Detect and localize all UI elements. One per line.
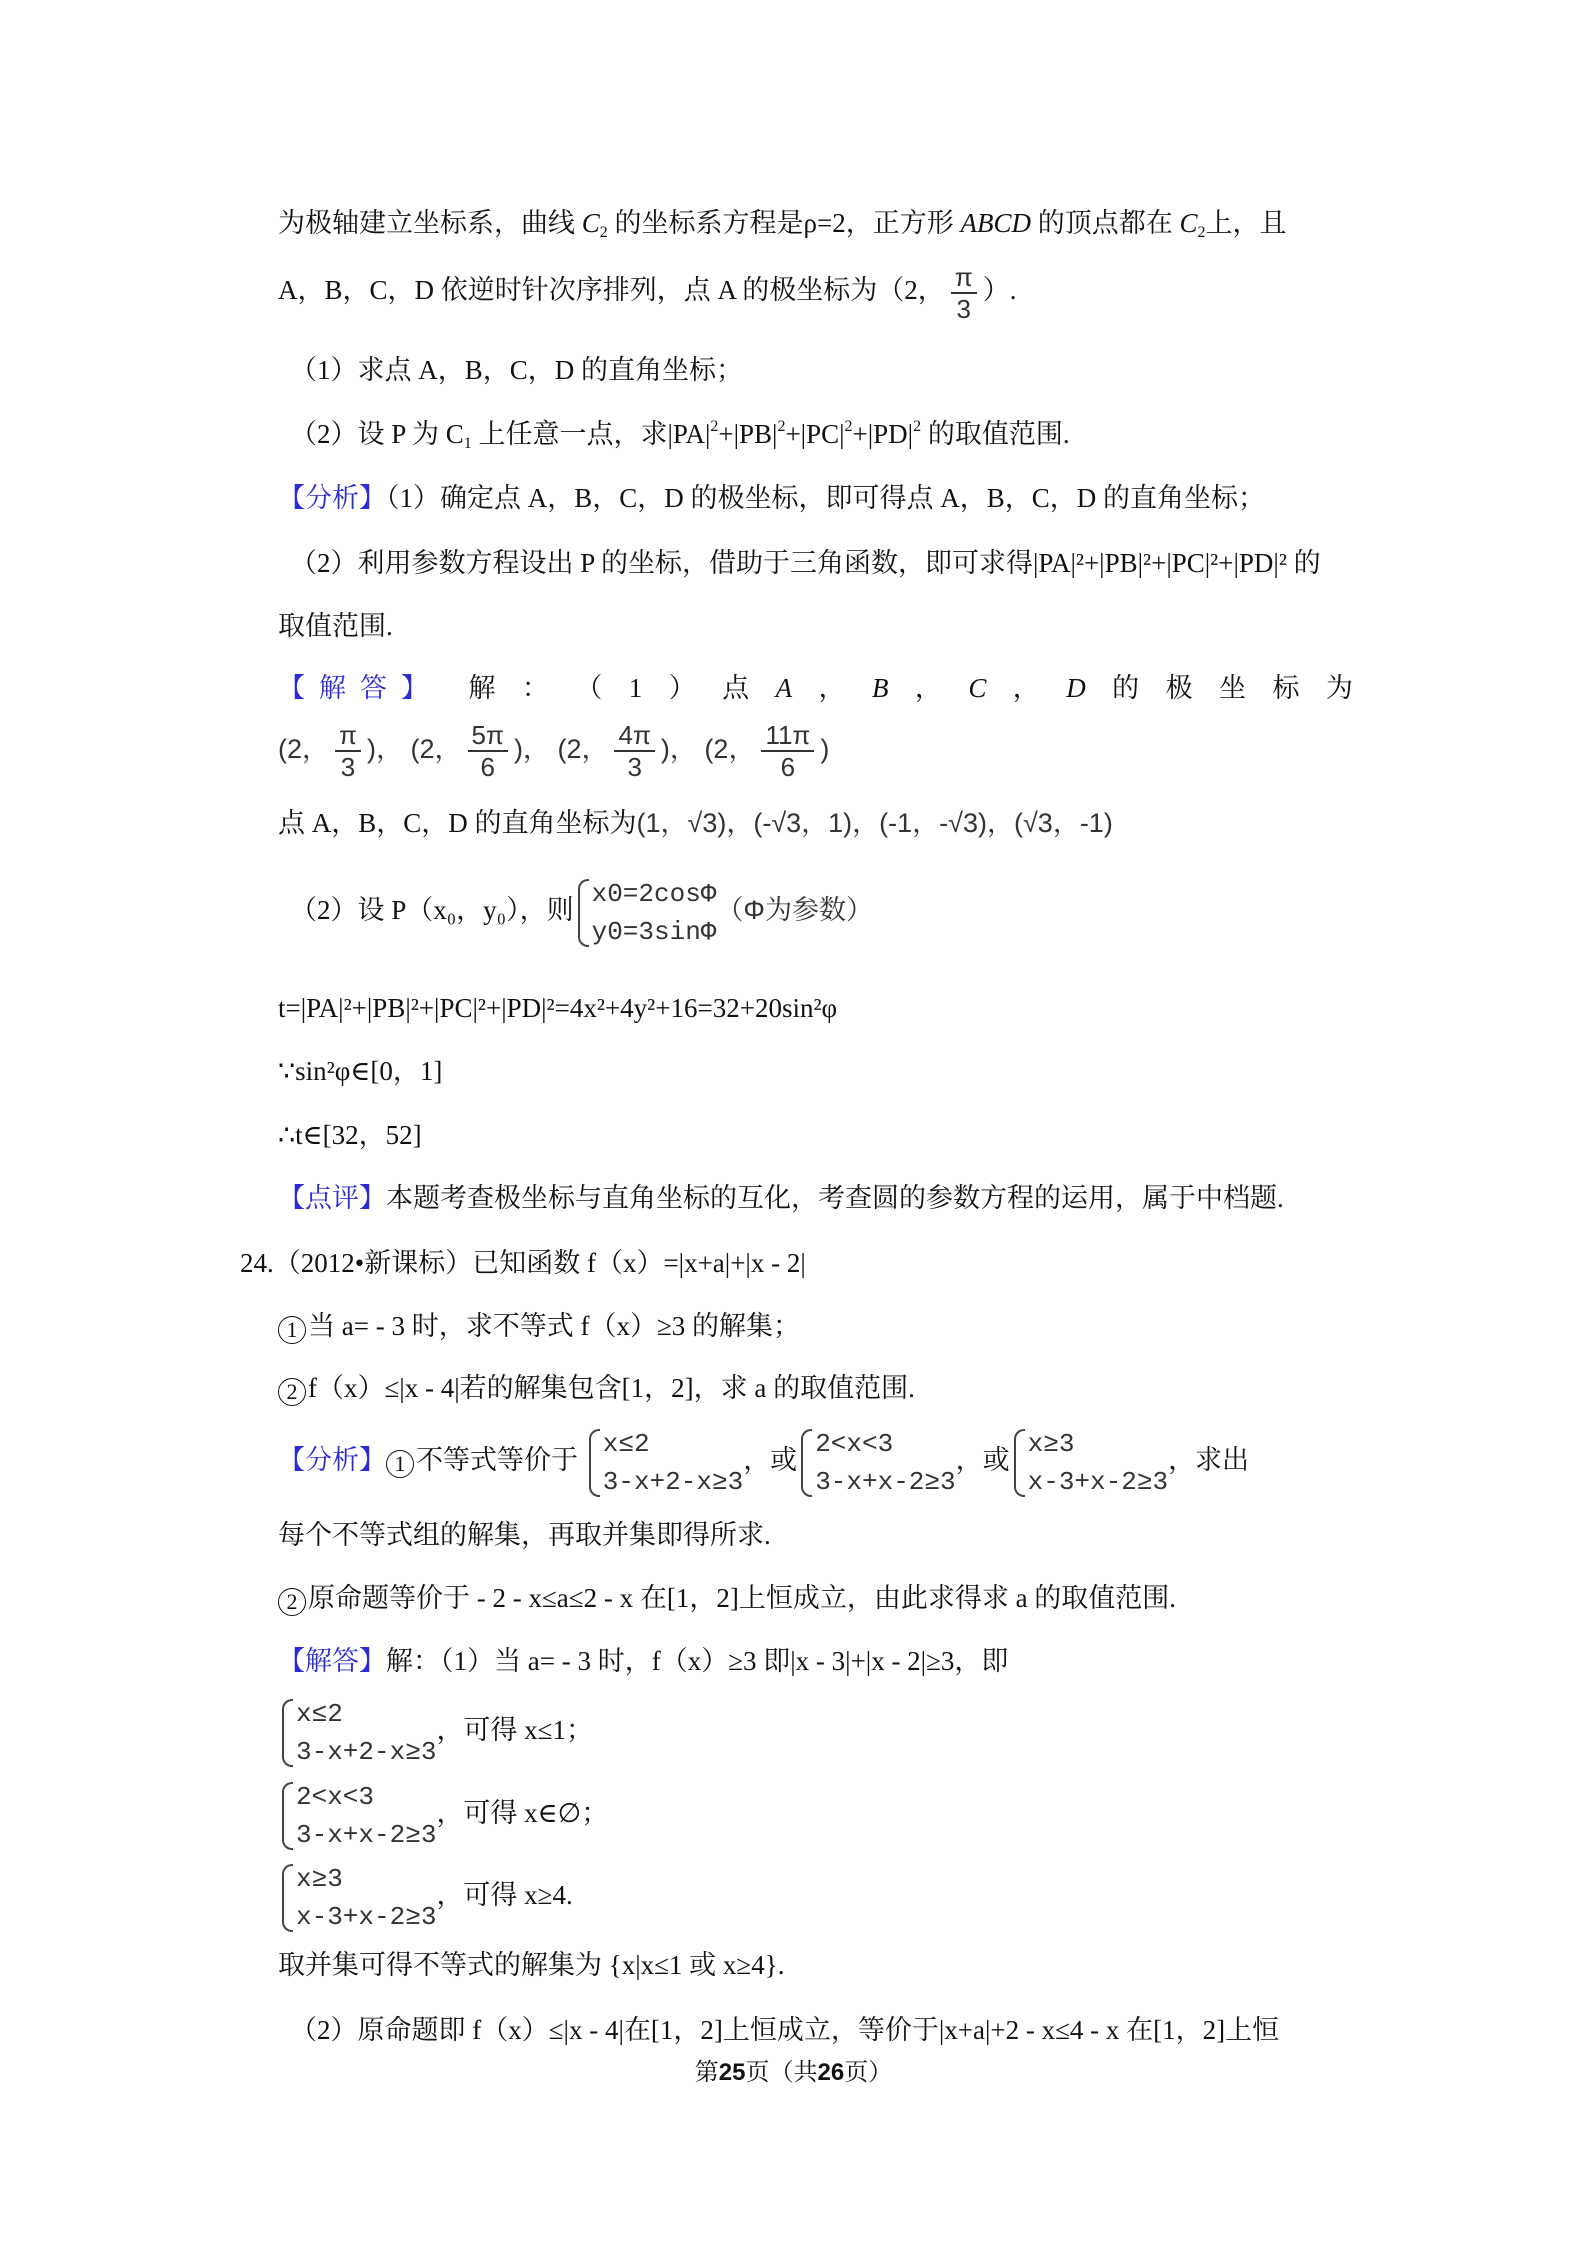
- inequality: x≥3: [1028, 1425, 1168, 1463]
- p24-solution-line-1: 【解答】解：（1）当 a= - 3 时，f（x）≥3 即|x - 3|+|x -…: [278, 1643, 1008, 1679]
- text: 为极轴建立坐标系，曲线: [278, 208, 582, 238]
- token: ，: [915, 670, 942, 706]
- solution-tag: 【解答】: [278, 670, 442, 706]
- text: 页）: [844, 2059, 892, 2086]
- denominator: 3: [614, 752, 654, 782]
- case-3: x≥3x-3+x-2≥3，可得 x≥4.: [278, 1855, 573, 1936]
- token: B: [872, 670, 889, 706]
- problem-24-q1: 1当 a= - 3 时，求不等式 f（x）≥3 的解集；: [278, 1308, 800, 1344]
- text: 不等式等价于: [416, 1445, 578, 1475]
- page-number: 25: [719, 2059, 746, 2086]
- numerator: 4π: [614, 720, 654, 752]
- text: A，B，C，D 依逆时针次序排列，点 A 的极坐标为（2，: [278, 275, 945, 305]
- text: 的取值范围.: [921, 419, 1070, 449]
- polar-coords: (2，π3)， (2，5π6)， (2，4π3)， (2，11π6): [278, 718, 829, 782]
- solution-tag: 【解答】: [278, 1646, 386, 1676]
- numerator: 5π: [468, 720, 508, 752]
- token: C: [968, 670, 986, 706]
- inequality-system: x≥3x-3+x-2≥3: [278, 1860, 436, 1936]
- inequality-system: x≥3x-3+x-2≥3: [1010, 1425, 1168, 1501]
- comment-line: 【点评】本题考查极坐标与直角坐标的互化，考查圆的参数方程的运用，属于中档题.: [278, 1180, 1284, 1216]
- fraction: π3: [335, 720, 361, 782]
- r: 2: [287, 734, 302, 764]
- analysis-line-3: 取值范围.: [278, 608, 393, 644]
- therefore-line: ∴t∈[32，52]: [278, 1117, 422, 1153]
- sup: 2: [913, 418, 921, 435]
- inequality-system: 2<x<33-x+x-2≥3: [797, 1425, 955, 1501]
- token: 坐: [1219, 670, 1246, 706]
- polar-coord-d: (2，11π6): [704, 734, 829, 764]
- r: 2: [713, 734, 728, 764]
- problem-24-header: 24.（2012•新课标）已知函数 f（x）=|x+a|+|x - 2|: [240, 1245, 806, 1281]
- text: +|PD|: [853, 419, 914, 449]
- fraction: 4π3: [614, 720, 654, 782]
- text: （1）确定点 A，B，C，D 的极坐标，即可得点 A，B，C，D 的直角坐标；: [386, 483, 1265, 513]
- text: 原命题等价于 - 2 - x≤a≤2 - x 在[1，2]上恒成立，由此求得求 …: [308, 1583, 1176, 1613]
- inequality: x≤2: [296, 1695, 436, 1733]
- inequality: 3-x+x-2≥3: [296, 1816, 436, 1854]
- text: 第: [695, 2059, 719, 2086]
- page-footer: 第25页（共26页）: [0, 2052, 1587, 2087]
- analysis-tag: 【分析】: [278, 483, 386, 513]
- token: ）: [669, 670, 696, 706]
- sup: 2: [845, 418, 853, 435]
- text: （2）设 P 为 C: [290, 419, 464, 449]
- inequality: 3-x+x-2≥3: [815, 1463, 955, 1501]
- intro-line-1: 为极轴建立坐标系，曲线 C2 的坐标系方程是ρ=2，正方形 ABCD 的顶点都在…: [278, 205, 1286, 241]
- case-2: 2<x<33-x+x-2≥3，可得 x∈∅；: [278, 1773, 608, 1854]
- token: 标: [1272, 670, 1299, 706]
- circled-1-icon: 1: [278, 1316, 306, 1344]
- numerator: π: [335, 720, 361, 752]
- text: ）.: [983, 275, 1017, 305]
- numerator: 11π: [761, 720, 814, 752]
- denominator: 6: [761, 752, 814, 782]
- token: 的: [1112, 670, 1139, 706]
- text: 上任意一点，求|PA|: [472, 419, 711, 449]
- circled-1-icon: 1: [386, 1450, 414, 1478]
- case-1: x≤23-x+2-x≥3，可得 x≤1；: [278, 1690, 593, 1771]
- text: 点 A，B，C，D 的直角坐标为: [278, 808, 637, 838]
- param-system: x0=2cosΦy0=3sinΦ: [574, 875, 717, 951]
- problem-24-q2: 2f（x）≤|x - 4|若的解集包含[1，2]，求 a 的取值范围.: [278, 1370, 915, 1406]
- analysis-line-1: 【分析】（1）确定点 A，B，C，D 的极坐标，即可得点 A，B，C，D 的直角…: [278, 480, 1265, 516]
- polar-coord-c: (2，4π3)，: [557, 734, 696, 764]
- p24-analysis-line-3: 2原命题等价于 - 2 - x≤a≤2 - x 在[1，2]上恒成立，由此求得求…: [278, 1580, 1176, 1616]
- token: （: [575, 670, 602, 706]
- inequality-system: x≤23-x+2-x≥3: [585, 1425, 743, 1501]
- inequality: 3-x+2-x≥3: [603, 1463, 743, 1501]
- rect-coords: (1，√3)，(-√3，1)，(-1，-√3)，(√3，-1): [637, 808, 1113, 838]
- inequality: 2<x<3: [296, 1778, 436, 1816]
- sub: 1: [464, 435, 472, 452]
- equation: x0=2cosΦ: [592, 875, 717, 913]
- t-equation: t=|PA|²+|PB|²+|PC|²+|PD|²=4x²+4y²+16=32+…: [278, 990, 837, 1026]
- rect-coords-line: 点 A，B，C，D 的直角坐标为(1，√3)，(-√3，1)，(-1，-√3)，…: [278, 805, 1113, 841]
- text: 上，且: [1205, 208, 1286, 238]
- text: 的顶点都在: [1031, 208, 1180, 238]
- p24-analysis-line-2: 每个不等式组的解集，再取并集即得所求.: [278, 1517, 771, 1553]
- text: ，或: [743, 1445, 797, 1475]
- polar-coord-a: (2，π3)，: [278, 734, 403, 764]
- total-pages: 26: [818, 2059, 845, 2086]
- var-c: C: [582, 208, 600, 238]
- circled-2-icon: 2: [278, 1378, 306, 1406]
- text: 的坐标系方程是ρ=2，正方形: [608, 208, 961, 238]
- text: ，求出: [1168, 1445, 1249, 1475]
- inequality: 2<x<3: [815, 1425, 955, 1463]
- token: 点: [722, 670, 749, 706]
- token: 1: [629, 670, 643, 706]
- question-2: （2）设 P 为 C1 上任意一点，求|PA|2+|PB|2+|PC|2+|PD…: [290, 416, 1070, 452]
- token: A: [776, 670, 793, 706]
- sub: 2: [600, 224, 608, 241]
- text: +|PB|: [718, 419, 777, 449]
- part2-line: （2）原命题即 f（x）≤|x - 4|在[1，2]上恒成立，等价于|x+a|+…: [290, 2012, 1279, 2048]
- numerator: π: [951, 262, 977, 294]
- solution-line-1: 【解答】 解 ： （ 1 ） 点 A ， B ， C ， D 的 极 坐 标 为: [278, 670, 1353, 706]
- text: （Φ为参数）: [716, 895, 873, 925]
- fraction: 5π6: [468, 720, 508, 782]
- comment-tag: 【点评】: [278, 1183, 386, 1213]
- intro-line-2: A，B，C，D 依逆时针次序排列，点 A 的极坐标为（2，π3）.: [278, 262, 1016, 324]
- var-c: C: [1179, 208, 1197, 238]
- inequality-system: x≤23-x+2-x≥3: [278, 1695, 436, 1771]
- case-result: ，可得 x≥4.: [436, 1880, 572, 1910]
- text: 当 a= - 3 时，求不等式 f（x）≥3 的解集；: [308, 1311, 800, 1341]
- text: 页（共: [746, 2059, 818, 2086]
- token: 为: [1326, 670, 1353, 706]
- denominator: 3: [951, 294, 977, 324]
- var-abcd: ABCD: [960, 208, 1031, 238]
- polar-coord-b: (2，5π6)，: [411, 734, 550, 764]
- question-1: （1）求点 A，B，C，D 的直角坐标；: [290, 352, 743, 388]
- inequality: x≤2: [603, 1425, 743, 1463]
- text: +|PC|: [785, 419, 844, 449]
- token: ：: [522, 670, 549, 706]
- inequality: 3-x+2-x≥3: [296, 1733, 436, 1771]
- token: 极: [1166, 670, 1193, 706]
- token: D: [1066, 670, 1086, 706]
- token: 解: [468, 670, 495, 706]
- text: （2）设 P（x₀，y₀），则: [290, 895, 574, 925]
- inequality-system: 2<x<33-x+x-2≥3: [278, 1778, 436, 1854]
- equation: y0=3sinΦ: [592, 913, 717, 951]
- union-line: 取并集可得不等式的解集为 {x|x≤1 或 x≥4}.: [278, 1947, 784, 1983]
- text: 解：（1）当 a= - 3 时，f（x）≥3 即|x - 3|+|x - 2|≥…: [386, 1646, 1008, 1676]
- denominator: 3: [335, 752, 361, 782]
- because-line: ∵sin²φ∈[0，1]: [278, 1053, 442, 1089]
- text: 本题考查极坐标与直角坐标的互化，考查圆的参数方程的运用，属于中档题.: [386, 1183, 1284, 1213]
- fraction: 11π6: [761, 720, 814, 782]
- inequality: x-3+x-2≥3: [296, 1898, 436, 1936]
- inequality: x≥3: [296, 1860, 436, 1898]
- denominator: 6: [468, 752, 508, 782]
- param-line: （2）设 P（x₀，y₀），则x0=2cosΦy0=3sinΦ（Φ为参数）: [290, 870, 873, 951]
- r: 2: [420, 734, 435, 764]
- analysis-line-2: （2）利用参数方程设出 P 的坐标，借助于三角函数，即可求得|PA|²+|PB|…: [290, 545, 1321, 581]
- token: ，: [819, 670, 846, 706]
- text: f（x）≤|x - 4|若的解集包含[1，2]，求 a 的取值范围.: [308, 1373, 915, 1403]
- circled-2-icon: 2: [278, 1588, 306, 1616]
- text: ，或: [956, 1445, 1010, 1475]
- inequality: x-3+x-2≥3: [1028, 1463, 1168, 1501]
- analysis-tag: 【分析】: [278, 1445, 386, 1475]
- fraction: π3: [951, 262, 977, 324]
- case-result: ，可得 x≤1；: [436, 1715, 593, 1745]
- case-result: ，可得 x∈∅；: [436, 1798, 608, 1828]
- token: ，: [1013, 670, 1040, 706]
- r: 2: [566, 734, 581, 764]
- p24-analysis-line-1: 【分析】1不等式等价于 x≤23-x+2-x≥3，或2<x<33-x+x-2≥3…: [278, 1420, 1249, 1501]
